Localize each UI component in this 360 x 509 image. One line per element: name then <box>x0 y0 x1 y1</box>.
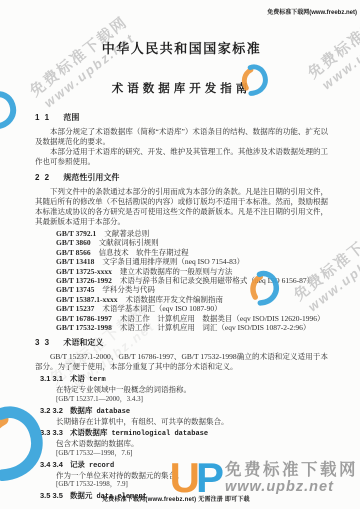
term-source: [GB/T 17532—1998，7.6] <box>56 449 328 458</box>
top-site-note: 免费标准下载网(www.freebz.net) <box>267 7 357 16</box>
bottom-site-note: 免费标准下载网(www.freebz.net) 无需注册 即可下载 <box>102 494 250 503</box>
section-number: 1 1 <box>35 113 49 122</box>
term-entry: 3.1 3.1术语term 在特定专业领域中一般概念的词语指称。 [GB/T 1… <box>35 374 328 404</box>
term-zh: 术语 <box>70 374 85 383</box>
term-entry: 3.4 3.4记录record 作为一个单位来对待的数据元的集合。 [GB/T … <box>35 460 328 490</box>
document-page: 免费标准下载网(www.freebz.net) 免费标准下载网(www.free… <box>0 0 360 509</box>
term-number: 3.5 3.5 <box>40 491 63 500</box>
term-definition: 长期储存在计算机中，有组织、可共享的数据集合。 <box>56 417 328 427</box>
term-zh: 数据库 <box>70 406 93 415</box>
reference-title: 文字条目通用排序规则（neq ISO 7154-83） <box>102 257 244 266</box>
reference-code: GB/T 13726-1992 <box>56 276 112 285</box>
standard-subtitle: 术语数据库开发指南 <box>35 80 328 96</box>
reference-title: 学科分类与代码 <box>102 285 155 294</box>
standard-title: 中华人民共和国国家标准 <box>35 38 328 57</box>
term-number: 3.4 3.4 <box>40 460 63 469</box>
reference-code: GB/T 8566 <box>56 248 91 257</box>
reference-code: GB/T 15387.1-xxxx <box>56 295 118 304</box>
term-zh: 数据元 <box>70 491 93 500</box>
document-content: 中华人民共和国国家标准 术语数据库开发指南 1 1 范围 本部分规定了术语数据库… <box>35 38 328 502</box>
reference-code: GB/T 17532-1998 <box>56 323 112 332</box>
reference-code: GB/T 15237 <box>56 304 94 313</box>
term-en: record <box>89 462 114 470</box>
section-number: 3 3 <box>35 338 49 347</box>
section-title: 术语和定义 <box>63 338 103 347</box>
paragraph: GB/T 15237.1-2000、GB/T 16786-1997、GB/T 1… <box>35 352 328 372</box>
reference-code: GB/T 13418 <box>56 257 94 266</box>
reference-item: GB/T 8566信息技术 软件生存期过程 <box>56 248 328 257</box>
reference-item: GB/T 16786-1997术语工作 计算机应用 数据类目（eqv ISO/D… <box>56 314 328 323</box>
paragraph: 下列文件中的条款通过本部分的引用而成为本部分的条款。凡是注日期的引用文件，其随后… <box>35 187 328 227</box>
reference-title: 术语与辞书条目和记录交换用磁带格式（neq ISO 6156-87） <box>120 276 314 285</box>
term-definition: 包含术语数据的数据库。 <box>56 439 328 449</box>
reference-item: GB/T 13726-1992术语与辞书条目和记录交换用磁带格式（neq ISO… <box>56 276 328 285</box>
section-1-heading: 1 1 范围 <box>35 112 328 123</box>
reference-title: 建立术语数据库的一般原则与方法 <box>120 267 233 276</box>
reference-code: GB/T 3860 <box>56 238 91 247</box>
reference-item: GB/T 15387.1-xxxx术语数据库开发文件编制指南 <box>56 295 328 304</box>
section-3-heading: 3 3 术语和定义 <box>35 337 328 348</box>
reference-item: GB/T 13418文字条目通用排序规则（neq ISO 7154-83） <box>56 257 328 266</box>
term-definition: 作为一个单位来对待的数据元的集合。 <box>56 471 328 481</box>
term-en: database <box>96 408 130 416</box>
normative-references-list: GB/T 3792.1文献著录总则 GB/T 3860文献叙词标引规则 GB/T… <box>56 229 328 332</box>
section-title: 规范性引用文件 <box>63 173 119 182</box>
reference-title: 术语工作 计算机应用 词汇（eqv ISO/DIS 1087-2-2:96） <box>120 323 310 332</box>
reference-title: 术语工作 计算机应用 数据类目（eqv ISO/DIS 12620-1996） <box>120 314 325 323</box>
reference-title: 术语学基本词汇（eqv ISO 1087-90） <box>102 304 221 313</box>
reference-item: GB/T 3792.1文献著录总则 <box>56 229 328 238</box>
reference-item: GB/T 15237术语学基本词汇（eqv ISO 1087-90） <box>56 304 328 313</box>
up-logo-icon <box>0 86 26 132</box>
reference-item: GB/T 17532-1998术语工作 计算机应用 词汇（eqv ISO/DIS… <box>56 323 328 332</box>
section-2-heading: 2 2 规范性引用文件 <box>35 172 328 183</box>
reference-code: GB/T 13745 <box>56 285 94 294</box>
reference-code: GB/T 13725-xxxx <box>56 267 112 276</box>
term-heading: 3.3 3.3术语数据库terminological database <box>40 428 328 439</box>
section-number: 2 2 <box>35 173 49 182</box>
reference-item: GB/T 13725-xxxx建立术语数据库的一般原则与方法 <box>56 267 328 276</box>
term-en: terminological database <box>111 430 208 438</box>
reference-item: GB/T 3860文献叙词标引规则 <box>56 238 328 247</box>
term-number: 3.1 3.1 <box>40 374 63 383</box>
term-definition: 在特定专业领域中一般概念的词语指称。 <box>56 385 328 395</box>
reference-title: 术语数据库开发文件编制指南 <box>126 295 224 304</box>
reference-title: 文献著录总则 <box>104 229 149 238</box>
term-zh: 记录 <box>70 460 85 469</box>
term-heading: 3.4 3.4记录record <box>40 460 328 471</box>
term-heading: 3.2 3.2数据库database <box>40 406 328 417</box>
reference-item: GB/T 13745学科分类与代码 <box>56 285 328 294</box>
reference-code: GB/T 16786-1997 <box>56 314 112 323</box>
paragraph: 本部分规定了术语数据库（简称“术语库”）术语条目的结构、数据库的功能、扩充以及数… <box>35 127 328 147</box>
term-number: 3.2 3.2 <box>40 406 63 415</box>
term-entry: 3.3 3.3术语数据库terminological database 包含术语… <box>35 428 328 458</box>
section-title: 范围 <box>63 113 79 122</box>
term-en: term <box>89 376 106 384</box>
reference-title: 信息技术 软件生存期过程 <box>99 248 189 257</box>
term-entry: 3.2 3.2数据库database 长期储存在计算机中，有组织、可共享的数据集… <box>35 406 328 427</box>
term-heading: 3.1 3.1术语term <box>40 374 328 385</box>
reference-code: GB/T 3792.1 <box>56 229 96 238</box>
term-zh: 术语数据库 <box>70 428 108 437</box>
term-source: [GB/T 17532-1998，7.9] <box>56 480 328 489</box>
term-source: [GB/T 15237.1—2000，3.4.3] <box>56 395 328 404</box>
paragraph: 本部分适用于术语库的研究、开发、维护及其管理工作。其他涉及术语数据处理的工作也可… <box>35 147 328 167</box>
term-number: 3.3 3.3 <box>40 428 63 437</box>
reference-title: 文献叙词标引规则 <box>99 238 159 247</box>
